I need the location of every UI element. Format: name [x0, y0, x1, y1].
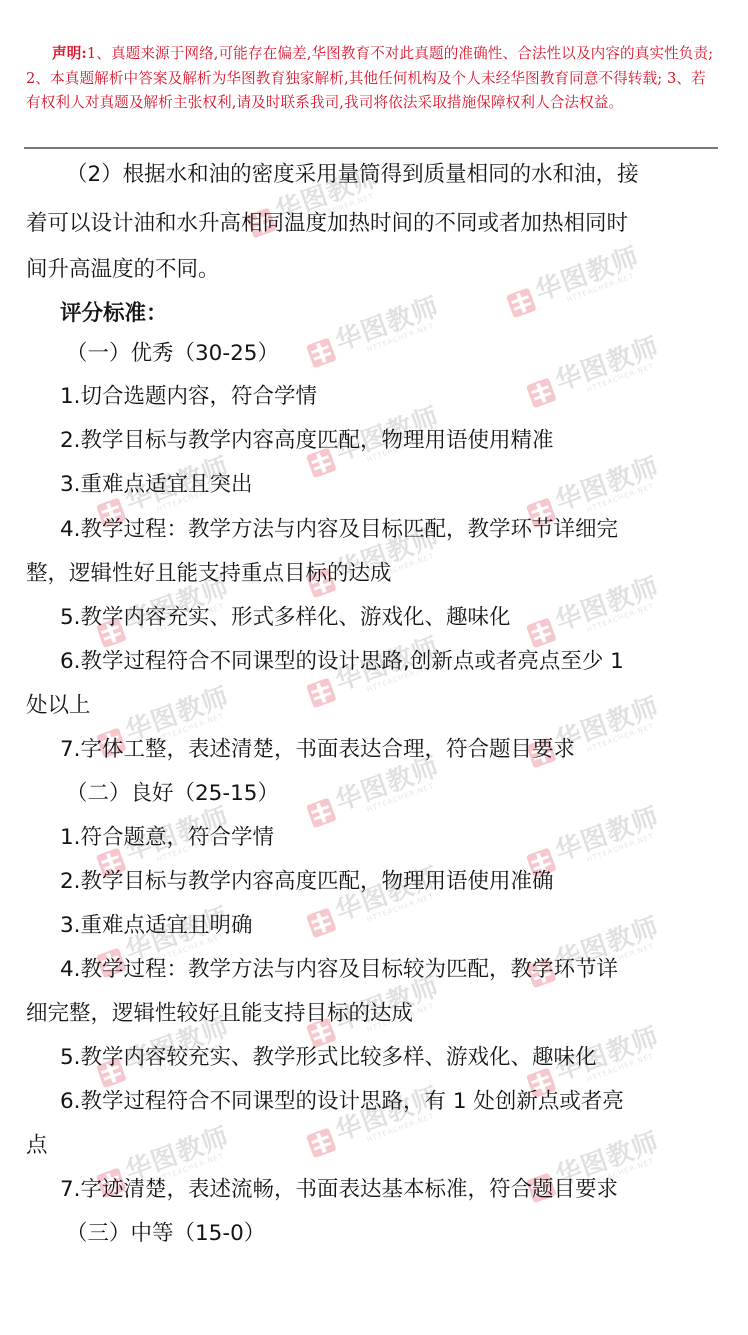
criterion-item: 6.教学过程符合不同课型的设计思路，有 1 处创新点或者亮: [60, 1088, 624, 1116]
watermark: 华图教师HTTEACHER.NET: [524, 574, 665, 653]
criterion-item: 7.字迹清楚，表述流畅，书面表达基本标准，符合题目要求: [60, 1176, 618, 1204]
disclaimer-text: 1、真题来源于网络,可能存在偏差,华图教育不对此真题的准确性、合法性以及内容的真…: [26, 45, 713, 111]
huatu-logo-icon: [306, 678, 337, 709]
huatu-logo-icon: [526, 618, 557, 649]
huatu-logo-icon: [306, 798, 337, 829]
criterion-item: 7.字体工整，表述清楚，书面表达合理，符合题目要求: [60, 736, 575, 764]
disclaimer: 声明:1、真题来源于网络,可能存在偏差,华图教育不对此真题的准确性、合法性以及内…: [26, 42, 716, 116]
criterion-item: 1.符合题意，符合学情: [60, 824, 274, 852]
level-title: （三）中等（15-0）: [66, 1220, 265, 1248]
answer-line: 间升高温度的不同。: [26, 256, 220, 284]
watermark: 华图教师HTTEACHER.NET: [304, 294, 445, 373]
criterion-item: 4.教学过程：教学方法与内容及目标匹配，教学环节详细完: [60, 516, 618, 544]
huatu-logo-icon: [306, 908, 337, 939]
criterion-item: 6.教学过程符合不同课型的设计思路,创新点或者亮点至少 1: [60, 648, 624, 676]
level-title: （二）良好（25-15）: [66, 780, 279, 808]
criterion-item: 点: [26, 1132, 48, 1160]
watermark: 华图教师HTTEACHER.NET: [504, 244, 645, 323]
huatu-logo-icon: [526, 378, 557, 409]
watermark: 华图教师HTTEACHER.NET: [524, 334, 665, 413]
criterion-item: 整，逻辑性好且能支持重点目标的达成: [26, 560, 392, 588]
huatu-logo-icon: [506, 288, 537, 319]
criterion-item: 5.教学内容较充实、教学形式比较多样、游戏化、趣味化: [60, 1044, 597, 1072]
answer-line: 着可以设计油和水升高相同温度加热时间的不同或者加热相同时: [26, 210, 628, 238]
scoring-heading: 评分标准：: [60, 300, 168, 328]
huatu-logo-icon: [306, 1128, 337, 1159]
criterion-item: 细完整，逻辑性较好且能支持目标的达成: [26, 1000, 413, 1028]
criterion-item: 3.重难点适宜且突出: [60, 471, 253, 499]
criterion-item: 2.教学目标与教学内容高度匹配，物理用语使用精准: [60, 427, 554, 455]
watermark: 华图教师HTTEACHER.NET: [304, 754, 445, 833]
criterion-item: 5.教学内容充实、形式多样化、游戏化、趣味化: [60, 604, 511, 632]
criterion-item: 处以上: [26, 692, 91, 720]
divider: [24, 147, 718, 149]
huatu-logo-icon: [306, 338, 337, 369]
level-title: （一）优秀（30-25）: [66, 340, 279, 368]
answer-line: （2）根据水和油的密度采用量筒得到质量相同的水和油，接: [66, 161, 639, 189]
criterion-item: 1.切合选题内容，符合学情: [60, 383, 317, 411]
criterion-item: 2.教学目标与教学内容高度匹配，物理用语使用准确: [60, 868, 554, 896]
criterion-item: 4.教学过程：教学方法与内容及目标较为匹配，教学环节详: [60, 956, 618, 984]
disclaimer-label: 声明:: [52, 45, 87, 62]
criterion-item: 3.重难点适宜且明确: [60, 912, 253, 940]
